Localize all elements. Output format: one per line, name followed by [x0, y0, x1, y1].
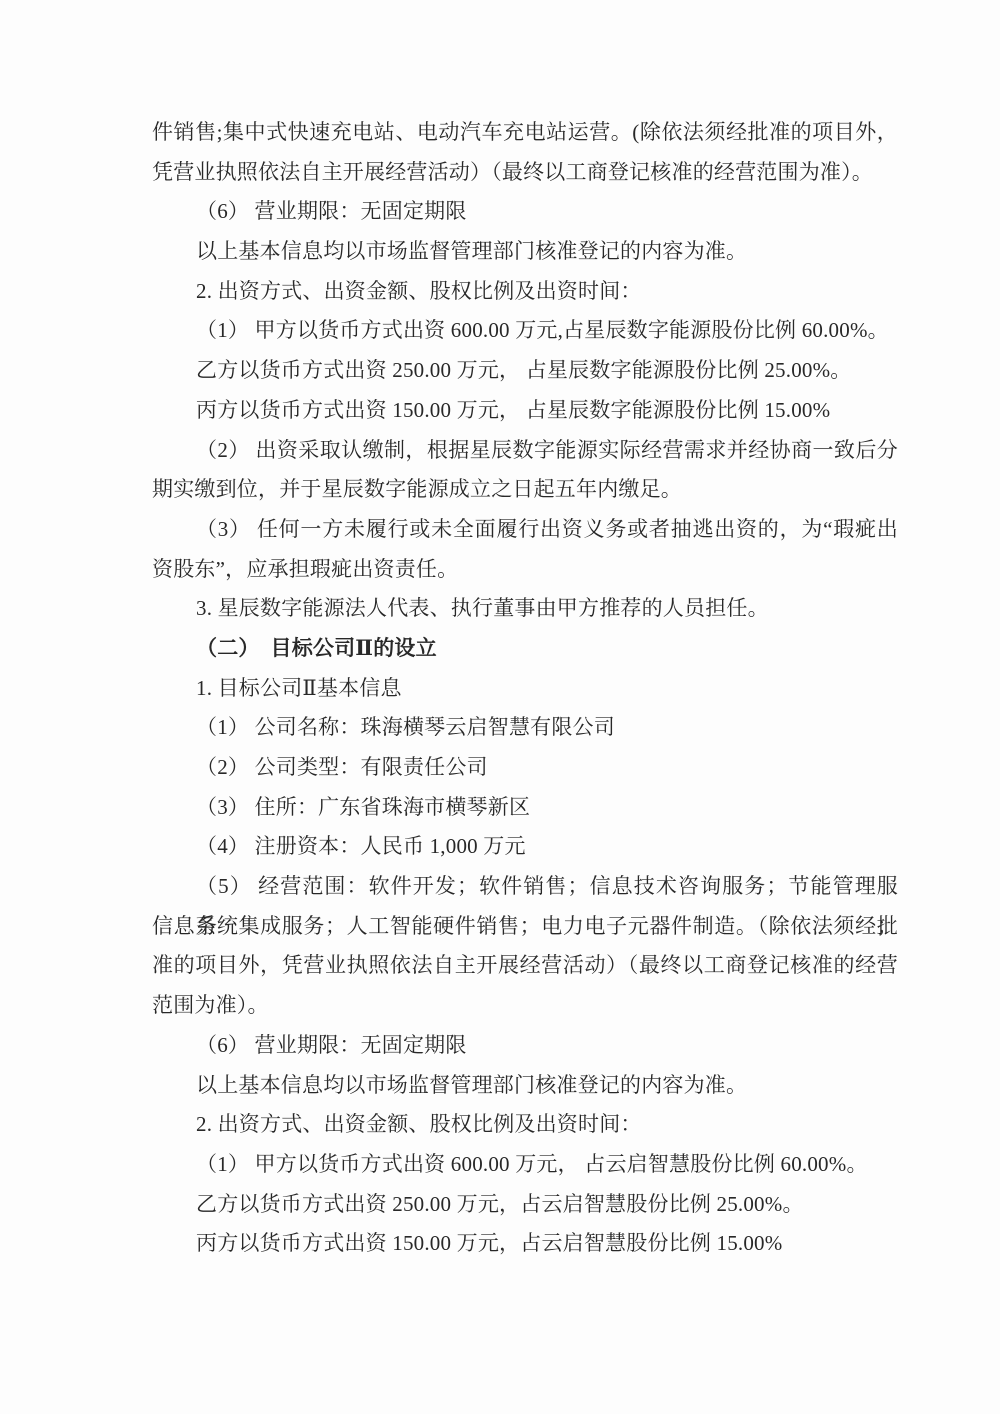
document-line: （1） 公司名称：珠海横琴云启智慧有限公司: [152, 708, 898, 748]
document-line: （3） 任何一方未履行或未全面履行出资义务或者抽逃出资的，为“瑕疵出: [152, 510, 898, 550]
document-line: 1. 目标公司Ⅱ基本信息: [152, 669, 898, 709]
document-line: （4） 注册资本：人民币 1,000 万元: [152, 827, 898, 867]
section-heading: （二） 目标公司Ⅱ的设立: [152, 629, 898, 669]
document-line: 准的项目外，凭营业执照依法自主开展经营活动）（最终以工商登记核准的经营: [152, 946, 898, 986]
document-line: 丙方以货币方式出资 150.00 万元， 占星辰数字能源股份比例 15.00%: [152, 391, 898, 431]
document-line: 以上基本信息均以市场监督管理部门核准登记的内容为准。: [152, 232, 898, 272]
document-line: 以上基本信息均以市场监督管理部门核准登记的内容为准。: [152, 1066, 898, 1106]
document-line: （5） 经营范围：软件开发；软件销售；信息技术咨询服务；节能管理服务；: [152, 867, 898, 907]
document-line: 凭营业执照依法自主开展经营活动）（最终以工商登记核准的经营范围为准）。: [152, 153, 898, 193]
document-line: 乙方以货币方式出资 250.00 万元，占云启智慧股份比例 25.00%。: [152, 1185, 898, 1225]
document-line: （1） 甲方以货币方式出资 600.00 万元， 占云启智慧股份比例 60.00…: [152, 1145, 898, 1185]
document-line: （2） 公司类型：有限责任公司: [152, 748, 898, 788]
document-line: （3） 住所：广东省珠海市横琴新区: [152, 788, 898, 828]
document-line: （2） 出资采取认缴制，根据星辰数字能源实际经营需求并经协商一致后分: [152, 431, 898, 471]
document-line: 乙方以货币方式出资 250.00 万元， 占星辰数字能源股份比例 25.00%。: [152, 351, 898, 391]
document-line: 信息系统集成服务；人工智能硬件销售；电力电子元器件制造。（除依法须经批: [152, 907, 898, 947]
document-page: 件销售;集中式快速充电站、电动汽车充电站运营。(除依法须经批准的项目外，凭营业执…: [0, 0, 1000, 1414]
document-line: 3. 星辰数字能源法人代表、执行董事由甲方推荐的人员担任。: [152, 589, 898, 629]
document-line: 2. 出资方式、出资金额、股权比例及出资时间：: [152, 272, 898, 312]
document-line: 丙方以货币方式出资 150.00 万元，占云启智慧股份比例 15.00%: [152, 1224, 898, 1264]
document-line: （1） 甲方以货币方式出资 600.00 万元,占星辰数字能源股份比例 60.0…: [152, 311, 898, 351]
document-line: 期实缴到位，并于星辰数字能源成立之日起五年内缴足。: [152, 470, 898, 510]
document-line: （6） 营业期限：无固定期限: [152, 1026, 898, 1066]
document-line: 范围为准）。: [152, 986, 898, 1026]
document-body: 件销售;集中式快速充电站、电动汽车充电站运营。(除依法须经批准的项目外，凭营业执…: [152, 113, 898, 1264]
document-line: 资股东”，应承担瑕疵出资责任。: [152, 550, 898, 590]
document-line: 件销售;集中式快速充电站、电动汽车充电站运营。(除依法须经批准的项目外，: [152, 113, 898, 153]
document-line: （6） 营业期限：无固定期限: [152, 192, 898, 232]
document-line: 2. 出资方式、出资金额、股权比例及出资时间：: [152, 1105, 898, 1145]
